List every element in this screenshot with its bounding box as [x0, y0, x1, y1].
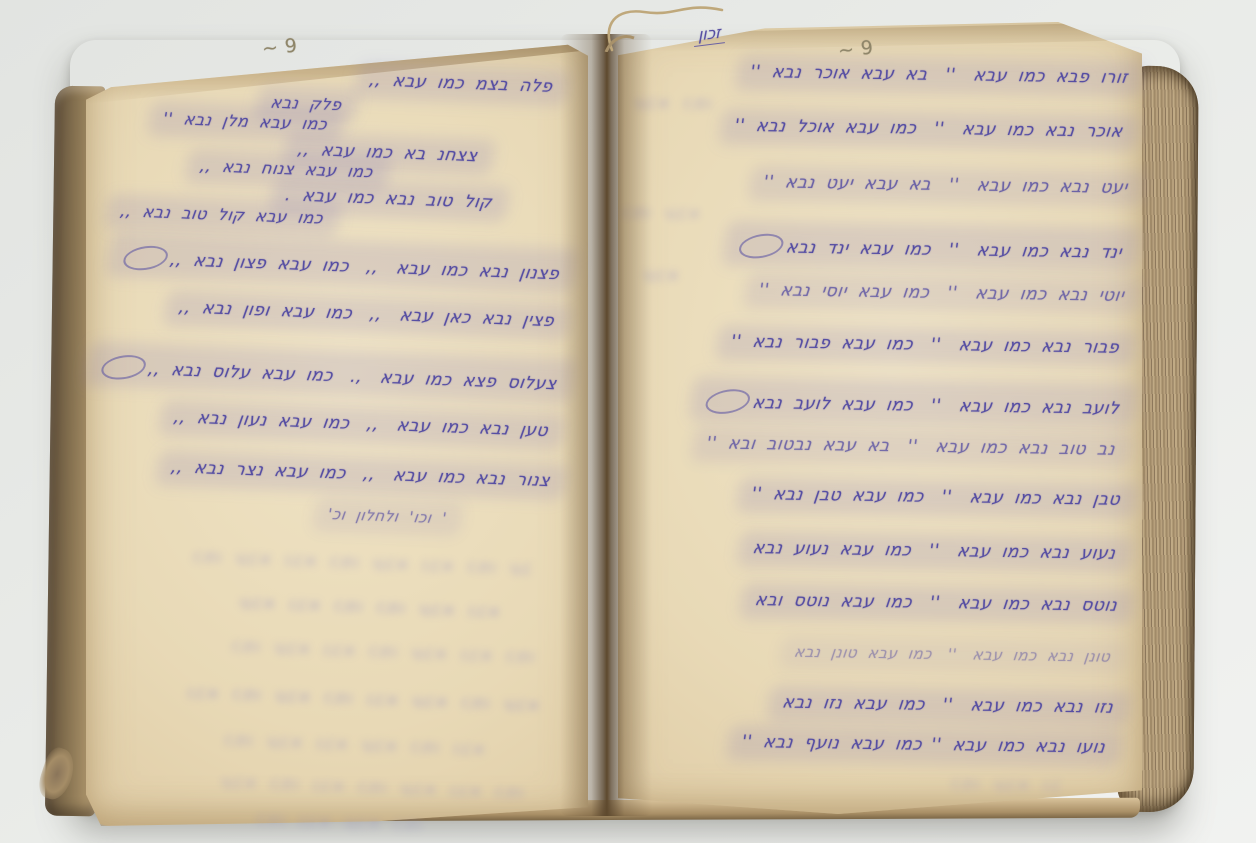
- handwritten-line: פצנון נבא כמו עבא ,, כמו עבא פצון נבא ,,: [121, 239, 563, 284]
- ghost-bleedthrough-line: עבא נבא כמו כמו עבא נבא: [238, 592, 503, 622]
- handwritten-line: נב טוב נבא כמו עבא '' בא עבא נבטוב ובא '…: [706, 433, 1117, 459]
- handwritten-line: נועו נבא כמו עבא '' כמו עבא נועף נבא '': [740, 732, 1106, 758]
- handwritten-line: נעוע נבא כמו עבא '' כמו עבא נעוע נבא: [752, 538, 1118, 564]
- ghost-bleedthrough-line: עבא: [642, 264, 682, 286]
- ink-flourish: [102, 353, 147, 383]
- pencil-folio-mark-left: ~9: [261, 34, 305, 60]
- handwritten-line: ' וכו' ולחלון וכ': [326, 505, 448, 527]
- handwritten-line: פלה בצמ כמו עבא ,,: [368, 70, 554, 97]
- ghost-bleedthrough-line: כמו עבא נבא עבא כמו נבא: [223, 729, 488, 759]
- handwritten-line: צעלוס פצא כמו עבא ,. כמו עבא עלוס נבא ,,: [99, 349, 560, 395]
- handwritten-line: צנור נבא כמו עבא ,, כמו עבא נצר נבא ,,: [170, 457, 552, 491]
- handwritten-line: יעט נבא כמו עבא '' בא עבא יעט נבא '': [762, 172, 1129, 198]
- ghost-bleedthrough-line: כמו עבא נבא כמו עבא נבא כמו: [230, 636, 537, 668]
- handwritten-line: נוטס נבא כמו עבא '' כמו עבא נוטס ובא: [753, 590, 1118, 616]
- handwritten-line: פצין נבא כאן עבא ,, כמו עבא ופון נבא ,,: [177, 297, 555, 331]
- handwritten-line: טבן נבא כמו עבא '' כמו עבא טבן נבא '': [751, 484, 1122, 510]
- handwritten-line: יוטי נבא כמו עבא '' כמו עבא יוסי נבא '': [757, 280, 1125, 306]
- pencil-folio-mark-right: ~9: [837, 36, 881, 62]
- ink-flourish: [739, 231, 784, 262]
- ghost-bleedthrough-line: כמו עבא: [621, 202, 703, 224]
- handwritten-line: טונן נבא כמו עבא '' כמו עבא טונן נבא: [793, 643, 1112, 666]
- handwritten-line: כמו עבא קול טוב נבא ,,: [120, 201, 325, 227]
- manuscript-photo: פלה בצמ כמו עבא ,,פלק נבאכמו עבא מלן נבא…: [0, 0, 1256, 843]
- handwritten-line: טען נבא כמו עבא ,, כמו עבא נעון נבא ,,: [172, 407, 549, 441]
- ink-flourish: [705, 386, 750, 417]
- handwritten-line: אוכר נבא כמו עבא '' כמו עבא אוכל נבא '': [733, 116, 1124, 142]
- ghost-bleedthrough-line: עבא כמו: [632, 92, 714, 114]
- handwritten-line: כמו עבא מלן נבא '': [161, 109, 328, 134]
- page-header-word: זכון: [694, 22, 724, 47]
- ghost-bleedthrough-line: נבא כמו עבא כמו נבא עבא כמו עבא: [185, 682, 542, 716]
- ghost-bleedthrough-line: עבא כמו נבא כמו עבא נבא כמו: [219, 771, 526, 803]
- ghost-bleedthrough-line: כמו עבא נב: [949, 773, 1063, 796]
- left-page-lines: פלה בצמ כמו עבא ,,פלק נבאכמו עבא מלן נבא…: [68, 30, 582, 817]
- handwritten-line: ינד נבא כמו עבא '' כמו עבא ינד נבא: [737, 228, 1125, 263]
- handwritten-line: זורו פבא כמו עבא '' בא עבא אוכר נבא '': [748, 62, 1128, 88]
- right-page-lines: זורו פבא כמו עבא '' בא עבא אוכר נבא ''או…: [622, 26, 1134, 804]
- handwritten-line: נזו נבא כמו עבא '' כמו עבא נזו נבא: [781, 693, 1115, 718]
- handwritten-line: פבור נבא כמו עבא '' כמו עבא פבור נבא '': [729, 332, 1120, 358]
- handwritten-line: לועב נבא כמו עבא '' כמו עבא לועב נבא: [703, 383, 1122, 418]
- ghost-bleedthrough-line: כמו עבא נבא כמו עבא נבא כמו עב: [191, 546, 534, 579]
- ink-flourish: [123, 243, 168, 273]
